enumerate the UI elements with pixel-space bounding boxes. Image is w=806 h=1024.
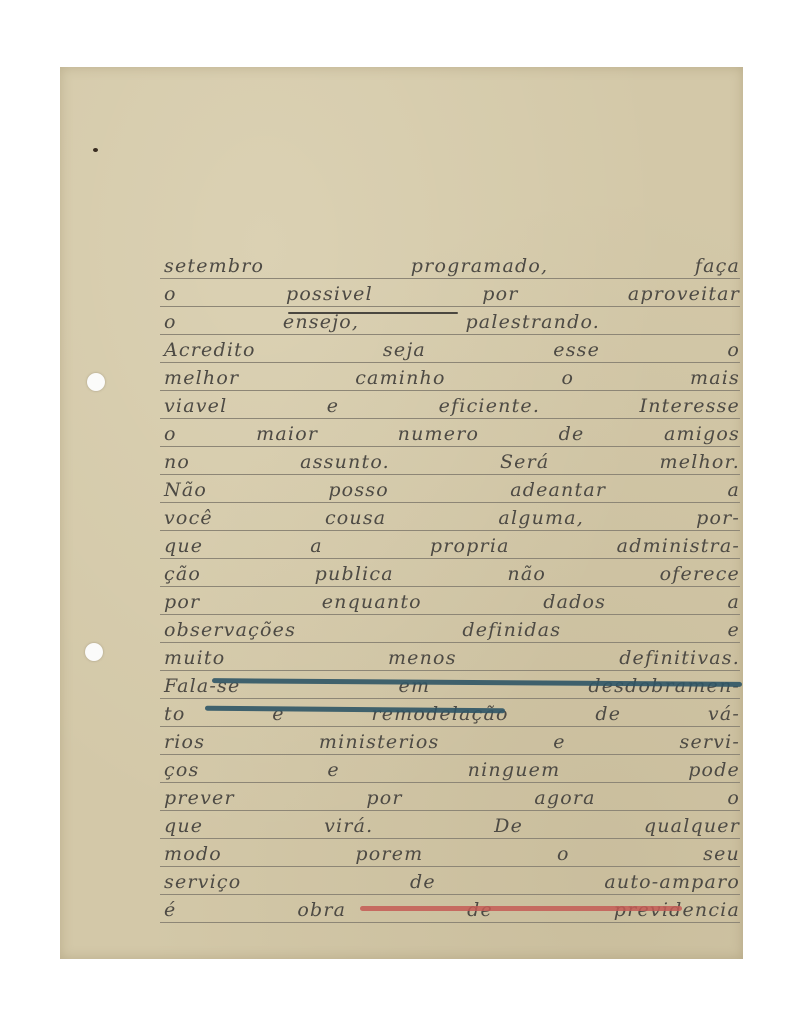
line-text: Não posso adeantar a [164, 479, 740, 501]
text-line: Não posso adeantar a [160, 475, 740, 503]
text-line: prever por agora o [160, 783, 740, 811]
text-line: rios ministerios e servi- [160, 727, 740, 755]
line-text: rios ministerios e servi- [164, 731, 740, 753]
line-text: Acredito seja esse o [164, 339, 740, 361]
line-text: por enquanto dados a [164, 591, 740, 613]
text-line: que virá. De qualquer [160, 811, 740, 839]
text-line: setembro programado, faça [160, 251, 740, 279]
line-text: o possivel por aproveitar [164, 283, 740, 305]
text-line: melhor caminho o mais [160, 363, 740, 391]
text-line: to e remodelação de vá- [160, 699, 740, 727]
text-line: você cousa alguma, por- [160, 503, 740, 531]
line-text: ços e ninguem pode [164, 759, 740, 781]
line-text: prever por agora o [164, 787, 740, 809]
line-text: que virá. De qualquer [164, 815, 740, 837]
pencil-underline-palestrando [288, 312, 458, 314]
red-underline-obra-de-previdencia [360, 906, 682, 911]
line-text: melhor caminho o mais [164, 367, 740, 389]
line-text: modo porem o seu [164, 843, 740, 865]
text-line: o possivel por aproveitar [160, 279, 740, 307]
line-text: viavel e eficiente. Interesse [164, 395, 740, 417]
letter-page: setembro programado, faça o possivel por… [60, 67, 743, 959]
line-text: o ensejo, palestrando. [164, 311, 600, 333]
punch-hole-bottom [85, 643, 103, 661]
punch-hole-top [87, 373, 105, 391]
line-text: observações definidas e [164, 619, 740, 641]
text-line: observações definidas e [160, 615, 740, 643]
text-line: o maior numero de amigos [160, 419, 740, 447]
text-line: muito menos definitivas. [160, 643, 740, 671]
text-line: no assunto. Será melhor. [160, 447, 740, 475]
text-line: ção publica não oferece [160, 559, 740, 587]
text-line: serviço de auto-amparo [160, 867, 740, 895]
line-text: o maior numero de amigos [164, 423, 740, 445]
line-text: setembro programado, faça [164, 255, 740, 277]
text-line: viavel e eficiente. Interesse [160, 391, 740, 419]
line-text: você cousa alguma, por- [164, 507, 740, 529]
ink-speck [93, 148, 98, 152]
text-line: por enquanto dados a [160, 587, 740, 615]
line-text: serviço de auto-amparo [164, 871, 740, 893]
text-line: Acredito seja esse o [160, 335, 740, 363]
text-line: ços e ninguem pode [160, 755, 740, 783]
text-line: modo porem o seu [160, 839, 740, 867]
line-text: muito menos definitivas. [164, 647, 740, 669]
handwritten-text-block: setembro programado, faça o possivel por… [160, 251, 740, 923]
line-text: que a propria administra- [164, 535, 740, 557]
text-line: que a propria administra- [160, 531, 740, 559]
line-text: no assunto. Será melhor. [164, 451, 740, 473]
line-text: ção publica não oferece [164, 563, 740, 585]
